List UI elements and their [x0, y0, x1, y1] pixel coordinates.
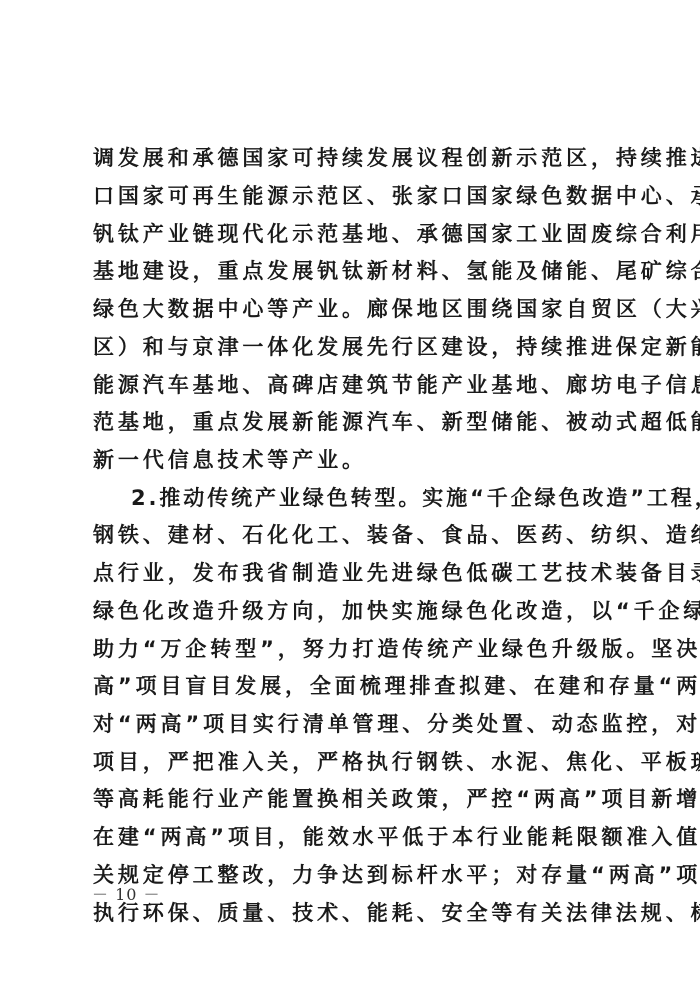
text-line: 范基地，重点发展新能源汽车、新型储能、被动式超低能耗建筑、 [93, 407, 598, 437]
text-line: 在建“两高”项目，能效水平低于本行业能耗限额准入值的，按有 [93, 822, 598, 852]
text-line: 绿色化改造升级方向，加快实施绿色化改造，以“千企绿色改造” [93, 596, 598, 626]
text-line: 钢铁、建材、石化化工、装备、食品、医药、纺织、造纸、皮革等重 [93, 520, 598, 550]
text-line: 口国家可再生能源示范区、张家口国家绿色数据中心、承德国家 [93, 181, 598, 211]
text-line: 等高耗能行业产能置换相关政策，严控“两高”项目新增产能；对 [93, 784, 598, 814]
text-line: 点行业，发布我省制造业先进绿色低碳工艺技术装备目录，明确 [93, 558, 598, 588]
text-line: 钒钛产业链现代化示范基地、承德国家工业固废综合利用示范 [93, 219, 598, 249]
section-heading-line: 2.推动传统产业绿色转型。实施“千企绿色改造”工程，聚焦 [131, 483, 598, 513]
text-line: 能源汽车基地、高碑店建筑节能产业基地、廊坊电子信息产业示 [93, 370, 598, 400]
text-line: 新一代信息技术等产业。 [93, 445, 598, 475]
text-line: 关规定停工整改，力争达到标杆水平；对存量“两高”项目，严格 [93, 860, 598, 890]
page-number: － 10 － [92, 882, 161, 905]
text-line: 调发展和承德国家可持续发展议程创新示范区，持续推进张家 [93, 143, 598, 173]
text-line: 对“两高”项目实行清单管理、分类处置、动态监控，对拟建“两高” [93, 709, 598, 739]
text-line: 区）和与京津一体化发展先行区建设，持续推进保定新能源与新 [93, 332, 598, 362]
text-line: 绿色大数据中心等产业。廊保地区围绕国家自贸区（大兴机场片 [93, 294, 598, 324]
text-line: 基地建设，重点发展钒钛新材料、氢能及储能、尾矿综合利用、 [93, 256, 598, 286]
text-line: 执行环保、质量、技术、能耗、安全等有关法律法规、标准和产业 [93, 898, 598, 928]
text-line: 项目，严把准入关，严格执行钢铁、水泥、焦化、平板玻璃、铸造 [93, 747, 598, 777]
text-line: 助力“万企转型”，努力打造传统产业绿色升级版。坚决遏制“两 [93, 634, 598, 664]
document-page: 调发展和承德国家可持续发展议程创新示范区，持续推进张家 口国家可再生能源示范区、… [0, 0, 700, 989]
text-line: 高”项目盲目发展，全面梳理排查拟建、在建和存量“两高”项目， [93, 671, 598, 701]
